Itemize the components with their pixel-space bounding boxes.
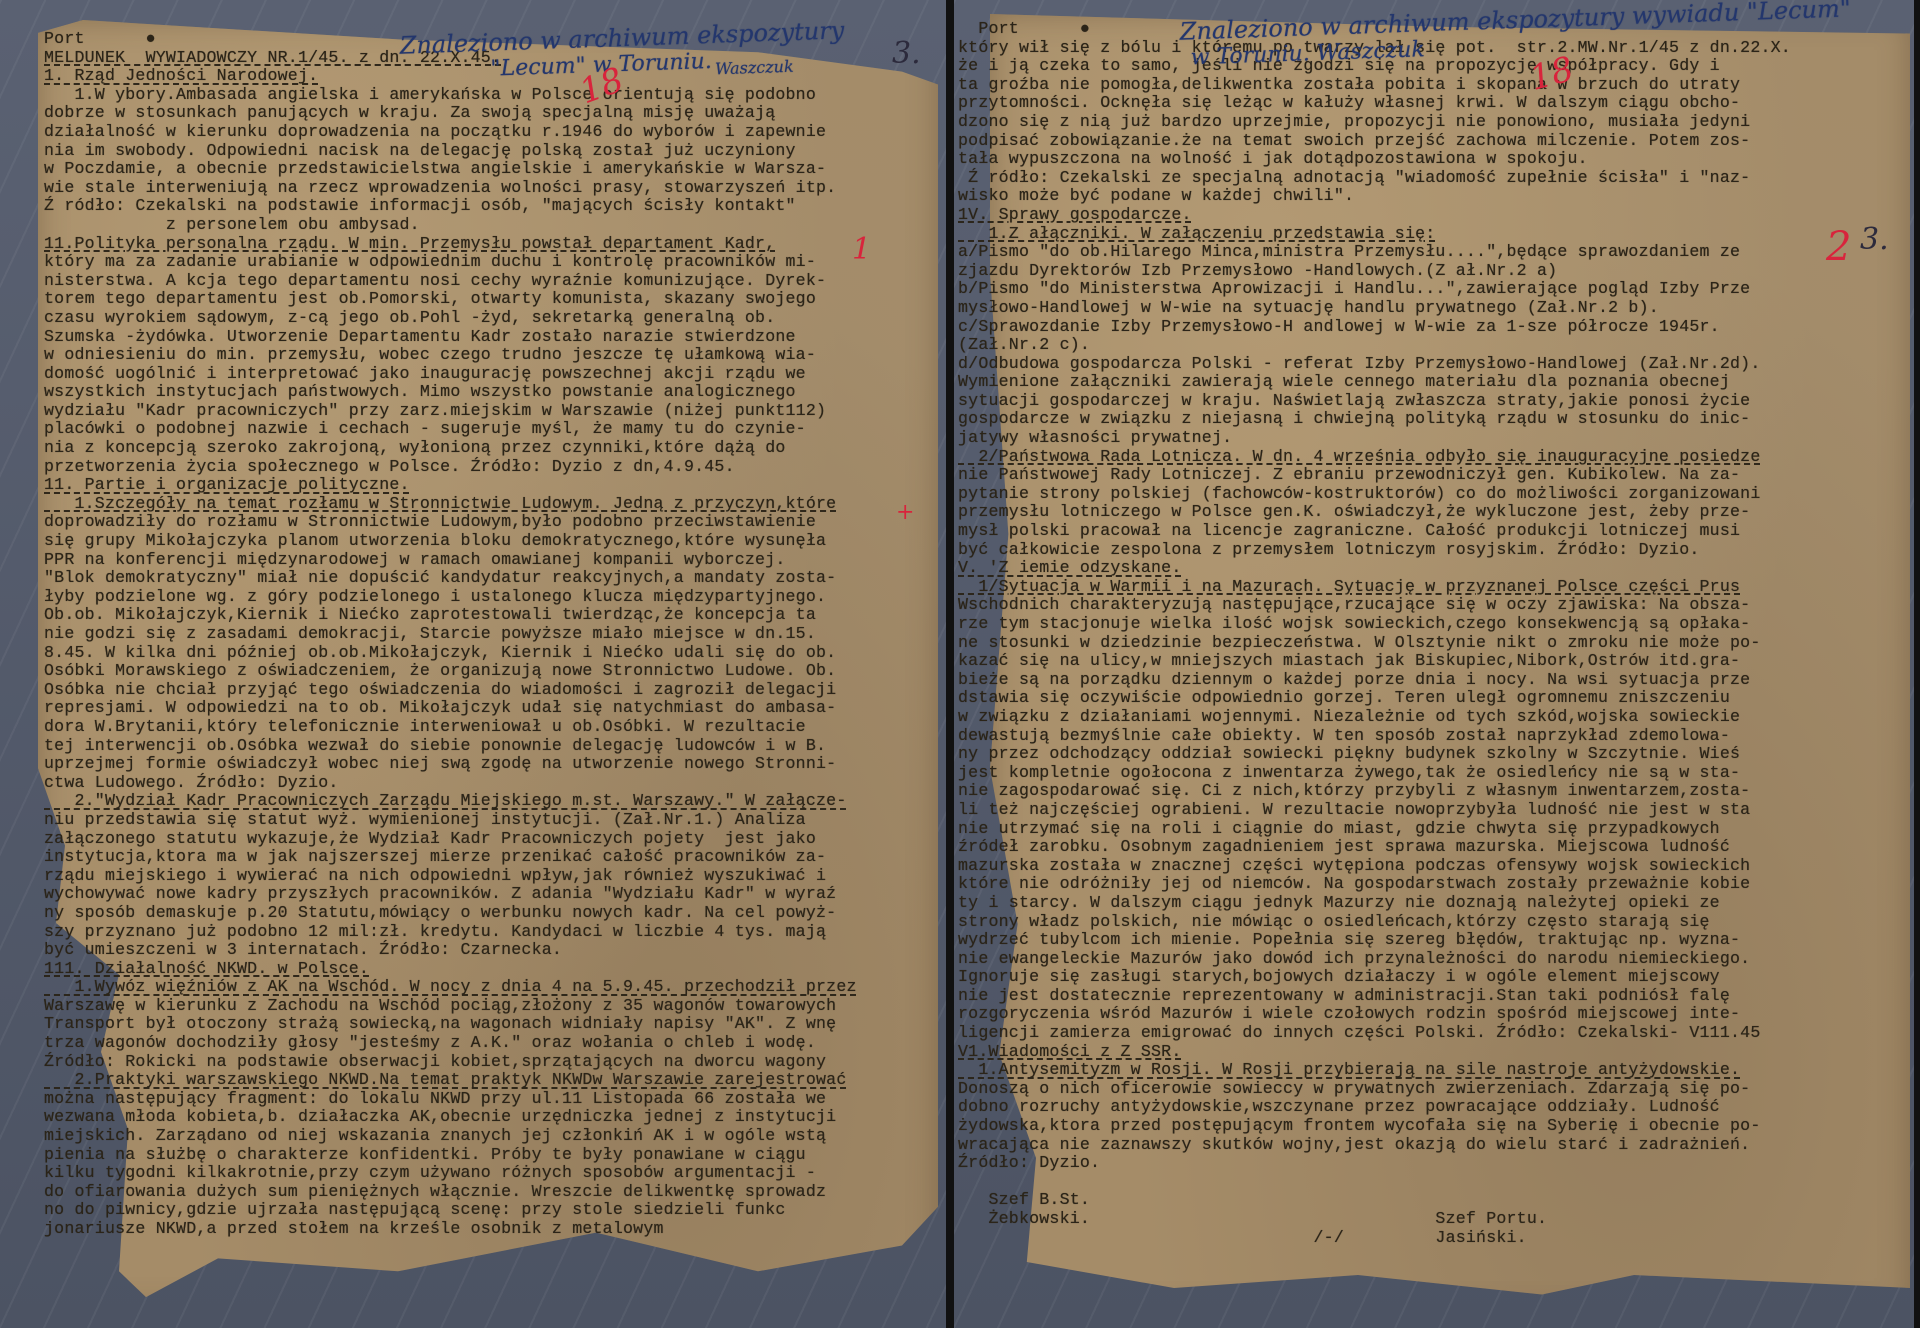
text-line: dobrze w stosunkach panujących w kraju. … [44, 104, 944, 123]
text-line: jatywy własności prywatnej. [958, 429, 1918, 448]
text-line [958, 1173, 1918, 1192]
text-line: 8.45. W kilka dni później ob.ob.Mikołajc… [44, 644, 944, 663]
text-line: mazurska została w znacznej części wytęp… [958, 857, 1918, 876]
text-line: Transport był otoczony strażą sowiecką,n… [44, 1015, 944, 1034]
text-line: załączonego statutu wykazuje,że Wydział … [44, 830, 944, 849]
text-line: bieże są na porządku dziennym o każdej p… [958, 671, 1918, 690]
text-line: Wymienione załączniki zawierają wiele ce… [958, 373, 1918, 392]
text-line: się grupy Mikołajczyka planom utworzenia… [44, 532, 944, 551]
section-heading-line: 11. Partie i organizacje polityczne. [44, 476, 944, 495]
text-line: pienia na służbę o charakterze konfident… [44, 1146, 944, 1165]
text-line: "Blok demokratyczny" miał nie dopuścić k… [44, 569, 944, 588]
text-line: dobno rozruchy antyżydowskie,wszczynane … [958, 1098, 1918, 1117]
text-line: tała wypuszczona na wolność i jak dotądp… [958, 150, 1918, 169]
section-heading-line: 1.Antysemityzm w Rosji. W Rosji przybier… [958, 1061, 1918, 1080]
text-line: Ź ródło: Czekalski ze specjalną adnotacj… [958, 169, 1918, 188]
text-line: nie godzi się z zasadami demokracji, Sta… [44, 625, 944, 644]
text-line: jest kompletnie ogołocona z inwentarza ż… [958, 764, 1918, 783]
page-1-typescript: Port ●MELDUNEK WYWIADOWCZY NR.1/45. z dn… [44, 30, 944, 1239]
text-line: łyby podzielone wg. z góry podzielonego … [44, 588, 944, 607]
text-line: wychowywać nowe kadry przyszłych pracown… [44, 885, 944, 904]
text-line: przemysłu lotniczego w Polsce gen.K. ośw… [958, 503, 1918, 522]
text-line: Osóbki Morawskiego z oświadczeniem, że o… [44, 662, 944, 681]
text-line: podpisać zobowiązanie.że na temat swoich… [958, 132, 1918, 151]
text-line: dzono się z nią już bardzo uprzejmie, pr… [958, 113, 1918, 132]
text-line: wracająca nie zaznawszy skutków wojny,je… [958, 1136, 1918, 1155]
text-line: wie stale interweniują na rzecz wprowadz… [44, 179, 944, 198]
text-line: gospodarcze w związku z niejasną i chwie… [958, 410, 1918, 429]
text-line: c/Sprawozdanie Izby Przemysłowo-H andlow… [958, 318, 1918, 337]
handwritten-initials-page-1: Waszczuk [715, 57, 794, 79]
text-line: Źródło: Rokicki na podstawie obserwacji … [44, 1053, 944, 1072]
section-heading-line: 1/Sytuacja w Warmii i na Mazurach. Sytua… [958, 578, 1918, 597]
text-line: nie Państwowej Rady Lotniczej. Z ebraniu… [958, 466, 1918, 485]
text-line: instytucja,ktora ma w jak najszerszej mi… [44, 848, 944, 867]
text-line: ny przez odchodzący oddział sowiecki pię… [958, 745, 1918, 764]
text-line: które nie odróżniły jej od niemców. Na g… [958, 875, 1918, 894]
text-line: tej interwencji ob.Osóbka wezwał do sieb… [44, 737, 944, 756]
text-line: który ma za zadanie urabianie w odpowied… [44, 253, 944, 272]
text-line: rządu miejskiego i wywierać na nich odpo… [44, 867, 944, 886]
text-line: uprzejmej formie oświadczył wobec niej s… [44, 755, 944, 774]
text-line: ty i starcy. W dalszym ciągu jednyk Mazu… [958, 894, 1918, 913]
text-line: Ignoruje się zasługi starych,bojowych dz… [958, 968, 1918, 987]
text-line: dewastują bezmyślnie całe obiekty. W ten… [958, 727, 1918, 746]
section-heading-line: 11.Polityka personalna rządu. W min. Prz… [44, 235, 944, 254]
text-line: ny sposób demaskuje p.20 Statutu,mówiący… [44, 904, 944, 923]
text-line: li też najczęściej ograbieni. W rezultac… [958, 801, 1918, 820]
text-line: Warszawę w kierunku z Zachodu na Wschód … [44, 997, 944, 1016]
section-heading-line: 1V. Sprawy gospodarcze. [958, 206, 1918, 225]
text-line: mysłowo-Handlowej w W-wie na sytuację ha… [958, 299, 1918, 318]
text-line: nisterstwa. A kcja tego departamentu nos… [44, 272, 944, 291]
text-line: Szef B.St. [958, 1191, 1918, 1210]
text-line: wisko może być podane w każdej chwili". [958, 187, 1918, 206]
section-heading-line: 1.Z ałączniki. W załączeniu przedstawia … [958, 225, 1918, 244]
text-line: zjazdu Dyrektorów Izb Przemysłowo -Handl… [958, 262, 1918, 281]
text-line: (Zał.Nr.2 c). [958, 336, 1918, 355]
red-mark-page-1-section-3: + [896, 500, 914, 525]
text-line: a/Pismo "do ob.Hilarego Minca,ministra P… [958, 243, 1918, 262]
section-heading-line: 1.Wywóz więźniów z AK na Wschód. W nocy … [44, 978, 944, 997]
text-line: placówki o podobnej nazwie i cechach - s… [44, 420, 944, 439]
text-line: w związku z działaniami wojennymi. Nieza… [958, 708, 1918, 727]
text-line: trza wagonów dochodziły głosy "jesteśmy … [44, 1034, 944, 1053]
text-line: dora W.Brytanii,który telefonicznie inte… [44, 718, 944, 737]
text-line: rozgoryczenia wśród Mazurów i wiele czoł… [958, 1005, 1918, 1024]
red-mark-page-1-section-2: 1 [852, 232, 871, 267]
text-line: no do piwnicy,gdzie ujrzała następującą … [44, 1201, 944, 1220]
section-heading-line: 1.Szczegóły na temat rozłamu w Stronnict… [44, 495, 944, 514]
section-heading-line: 2.Praktyki warszawskiego NKWD.Na temat p… [44, 1071, 944, 1090]
text-line: można następujący fragment: do lokalu NK… [44, 1090, 944, 1109]
text-line: Wschodnich charakteryzują następujące,rz… [958, 596, 1918, 615]
text-line: w Poczdamie, a obecnie przedstawicielstw… [44, 160, 944, 179]
text-line: działalność w kierunku doprowadzenia na … [44, 123, 944, 142]
text-line: nia z koncepcją szeroko zakrojoną, wyłon… [44, 439, 944, 458]
text-line: żydowska,ktora przed postępującym fronte… [958, 1117, 1918, 1136]
pencil-mark-page-2: 3. [1860, 222, 1889, 257]
text-line: ta groźba nie pomogła,delikwentka został… [958, 76, 1918, 95]
text-line: wydrzeć tubylcom ich mienie. Popełnia si… [958, 931, 1918, 950]
text-line: czasu wyrokiem sądowym, z-cą jego ob.Poh… [44, 309, 944, 328]
text-line: nia im swobody. Odpowiedni nacisk na del… [44, 142, 944, 161]
text-line: sytuacji gospodarczej w kraju. Naświetla… [958, 392, 1918, 411]
text-line: Ob.ob. Mikołajczyk,Kiernik i Niećko zapr… [44, 606, 944, 625]
text-line: strony władz polskich, nie mówiąc o osie… [958, 913, 1918, 932]
text-line: w odniesieniu do min. przemysłu, wobec c… [44, 346, 944, 365]
section-heading-line: 2."Wydział Kadr Pracowniczych Zarządu Mi… [44, 792, 944, 811]
text-line: dstawia się oczywiście odpowiednio gorze… [958, 689, 1918, 708]
page-2-typescript: Port ●który wił się z bólu i któremu po … [958, 20, 1918, 1247]
text-line: Żebkowski. Szef Portu. [958, 1210, 1918, 1229]
text-line: represjami. W odpowiedzi na to ob. Mikoł… [44, 699, 944, 718]
text-line: źródeł zarobku. Osobnym zagadnieniem jes… [958, 838, 1918, 857]
text-line: przytomności. Ocknęła się leżąc w kałuży… [958, 94, 1918, 113]
text-line: pytanie strony polskiej (fachowców-kostr… [958, 485, 1918, 504]
pencil-mark-page-1: 3. [892, 36, 921, 71]
text-line: mysł polski pracował na licencje zagrani… [958, 522, 1918, 541]
text-line: niu przedstawia się statut wyż. wymienio… [44, 811, 944, 830]
text-line: jonariusze NKWD,a przed stołem na krześl… [44, 1220, 944, 1239]
text-line: ligencji zamierza emigrować do innych cz… [958, 1024, 1918, 1043]
text-line: być umieszczeni w 3 internatach. Źródło:… [44, 941, 944, 960]
text-line: ctwa Ludowego. Źródło: Dyzio. [44, 774, 944, 793]
text-line: wszystkich instytucjach państwowych. Mim… [44, 383, 944, 402]
text-line: nie jest dostatecznie reprezentowany w a… [958, 987, 1918, 1006]
text-line: kazać się na ulicy,w mniejszych miastach… [958, 652, 1918, 671]
text-line: być całkowicie zespolona z przemysłem lo… [958, 541, 1918, 560]
text-line: przetworzenia życia społecznego w Polsce… [44, 458, 944, 477]
text-line: PPR na konferencji międzynarodowej w ram… [44, 551, 944, 570]
text-line: torem tego departamentu jest ob.Pomorski… [44, 290, 944, 309]
section-heading-line: 111. Działalność NKWD. w Polsce. [44, 960, 944, 979]
section-heading-line: V1.Wiadomości z Z SSR. [958, 1043, 1918, 1062]
text-line: Źródło: Dyzio. [958, 1154, 1918, 1173]
text-line: nie zagospodarować się. Ci z nich,którzy… [958, 782, 1918, 801]
text-line: ne stosunki w dziedzinie bezpieczeństwa.… [958, 634, 1918, 653]
text-line: Ź ródło: Czekalski na podstawie informac… [44, 197, 944, 216]
page-divider [946, 0, 954, 1328]
text-line: wydziału "Kadr pracowniczych" przy zarz.… [44, 402, 944, 421]
text-line: doprowadziły do rozłamu w Stronnictwie L… [44, 513, 944, 532]
text-line: nie utrzymać się na roli i ciągnie do mi… [958, 820, 1918, 839]
text-line: domość uogólnić i interpretować jako ina… [44, 365, 944, 384]
section-heading-line: 2/Państwowa Rada Lotnicza. W dn. 4 wrześ… [958, 448, 1918, 467]
text-line: 1.W ybory.Ambasada angielska i amerykańs… [44, 86, 944, 105]
text-line: nie ewangeleckie Mazurów jako dowód ich … [958, 950, 1918, 969]
text-line: d/Odbudowa gospodarcza Polski - referat … [958, 355, 1918, 374]
red-mark-page-2: 2 [1826, 224, 1851, 270]
text-line: Szumska -żydówka. Utworzenie Departament… [44, 328, 944, 347]
text-line: b/Pismo "do Ministerstwa Aprowizacji i H… [958, 280, 1918, 299]
text-line: /-/ Jasiński. [958, 1229, 1918, 1248]
text-line: kilku tygodni kilkakrotnie,przy czym uży… [44, 1164, 944, 1183]
text-line: szy przyznano już podobno 12 mil:zł. kre… [44, 923, 944, 942]
text-line: Osóbka nie chciał przyjąć tego oświadcze… [44, 681, 944, 700]
text-line: z personelem obu ambysad. [44, 216, 944, 235]
section-heading-line: V. 'Z iemie odzyskane. [958, 559, 1918, 578]
text-line: Donoszą o nich oficerowie sowieccy w pry… [958, 1080, 1918, 1099]
text-line: wezwana młoda kobieta,b. działaczka AK,o… [44, 1108, 944, 1127]
text-line: do ofiarowania dużych sum pieniężnych wł… [44, 1183, 944, 1202]
text-line: miejskich. Zarządano od niej wskazania z… [44, 1127, 944, 1146]
text-line: rze tym stacjonuje wielka ilość wojsk so… [958, 615, 1918, 634]
